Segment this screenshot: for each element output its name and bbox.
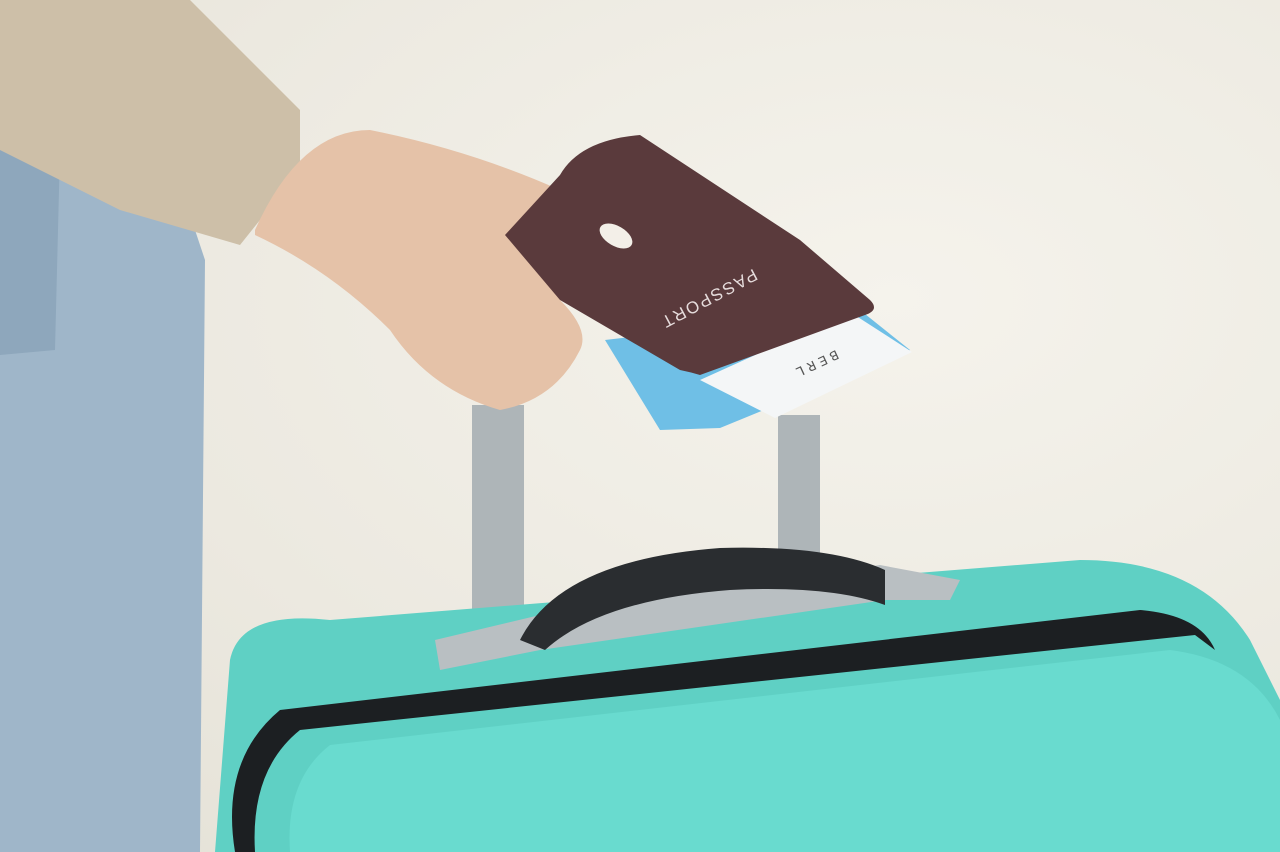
photo-scene: PASSPORT BERL (0, 0, 1280, 852)
handle-pole-left (472, 405, 524, 635)
photo-illustration (0, 0, 1280, 852)
